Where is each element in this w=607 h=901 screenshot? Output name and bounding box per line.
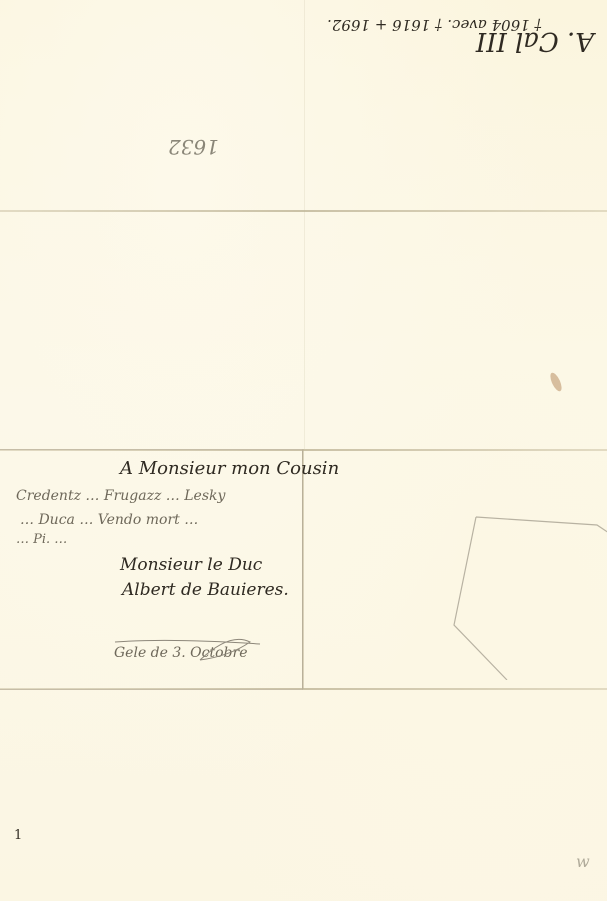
stain-mark	[548, 371, 564, 393]
fold-line-vertical-mid	[303, 449, 304, 689]
note-line-2: … Duca … Vendo mort …	[20, 512, 198, 528]
seal-outline	[452, 515, 607, 680]
note-line-3: … Pi. …	[16, 532, 67, 547]
note-line-1: Credentz … Frugazz … Lesky	[16, 488, 225, 504]
pencil-year: 1632	[168, 135, 219, 159]
letter-page: A. Cal III † 1604 avec. † 1616 + 1692. 1…	[0, 0, 607, 901]
flourish-icon	[110, 630, 270, 675]
header-annotation: A. Cal III † 1604 avec. † 1616 + 1692.	[262, 6, 602, 58]
salutation: A Monsieur mon Cousin	[120, 458, 339, 479]
annotation-line-2: † 1604 avec. † 1616 + 1692.	[327, 16, 542, 34]
margin-mark: 1	[14, 828, 22, 843]
corner-mark: w	[576, 852, 590, 871]
addressee-line-1: Monsieur le Duc	[120, 555, 262, 575]
fold-line-vertical-top	[304, 0, 305, 449]
addressee-line-2: Albert de Bauieres.	[122, 580, 289, 600]
